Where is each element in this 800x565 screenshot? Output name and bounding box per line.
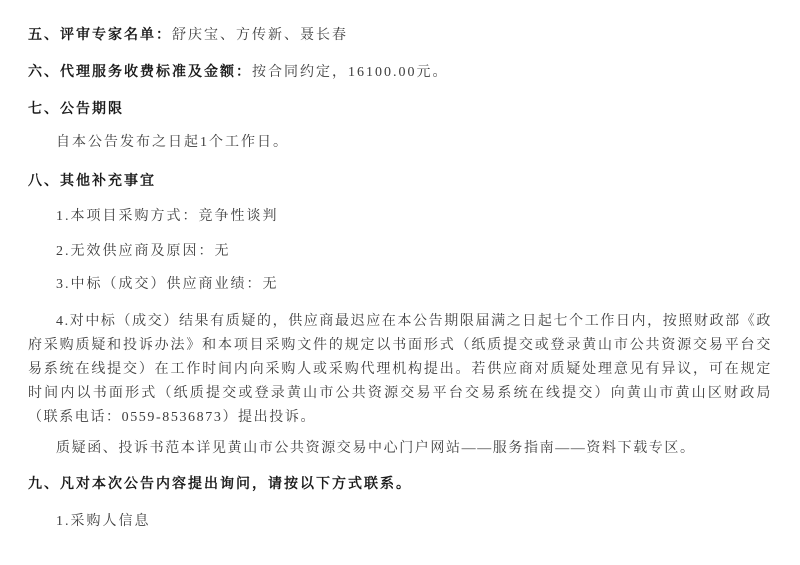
announcement-period-text: 自本公告发布之日起1个工作日。 <box>56 135 289 150</box>
section-7-heading: 七、公告期限 <box>28 100 124 116</box>
section-9-line: 九、凡对本次公告内容提出询问，请按以下方式联系。 <box>28 474 772 494</box>
section-6-line: 六、代理服务收费标准及金额：按合同约定，16100.00元。 <box>28 62 772 82</box>
purchaser-info-text: 1.采购人信息 <box>56 514 151 529</box>
section-8-line: 八、其他补充事宜 <box>28 171 772 191</box>
expert-names: 舒庆宝、方传新、聂长春 <box>172 28 348 43</box>
procurement-method-text: 1.本项目采购方式：竞争性谈判 <box>56 209 279 224</box>
agency-fee-value: 按合同约定，16100.00元。 <box>252 65 449 80</box>
winner-performance-text: 3.中标（成交）供应商业绩：无 <box>56 277 279 292</box>
section-5-heading: 五、评审专家名单： <box>28 26 172 42</box>
section-6-heading: 六、代理服务收费标准及金额： <box>28 63 252 79</box>
complaint-template-note: 质疑函、投诉书范本详见黄山市公共资源交易中心门户网站——服务指南——资料下载专区… <box>28 440 772 458</box>
procurement-method-line: 1.本项目采购方式：竞争性谈判 <box>28 208 772 226</box>
section-5-line: 五、评审专家名单：舒庆宝、方传新、聂长春 <box>28 25 772 45</box>
section-8-heading: 八、其他补充事宜 <box>28 172 156 188</box>
announcement-document: 五、评审专家名单：舒庆宝、方传新、聂长春 六、代理服务收费标准及金额：按合同约定… <box>0 0 800 565</box>
purchaser-info-line: 1.采购人信息 <box>28 513 772 531</box>
invalid-suppliers-text: 2.无效供应商及原因：无 <box>56 244 231 259</box>
section-9-heading: 九、凡对本次公告内容提出询问，请按以下方式联系。 <box>28 475 412 491</box>
announcement-period-line: 自本公告发布之日起1个工作日。 <box>28 134 772 152</box>
invalid-suppliers-line: 2.无效供应商及原因：无 <box>28 243 772 261</box>
section-7-line: 七、公告期限 <box>28 99 772 119</box>
winner-performance-line: 3.中标（成交）供应商业绩：无 <box>28 276 772 294</box>
objection-procedure-paragraph: 4.对中标（成交）结果有质疑的，供应商最迟应在本公告期限届满之日起七个工作日内，… <box>28 310 772 430</box>
